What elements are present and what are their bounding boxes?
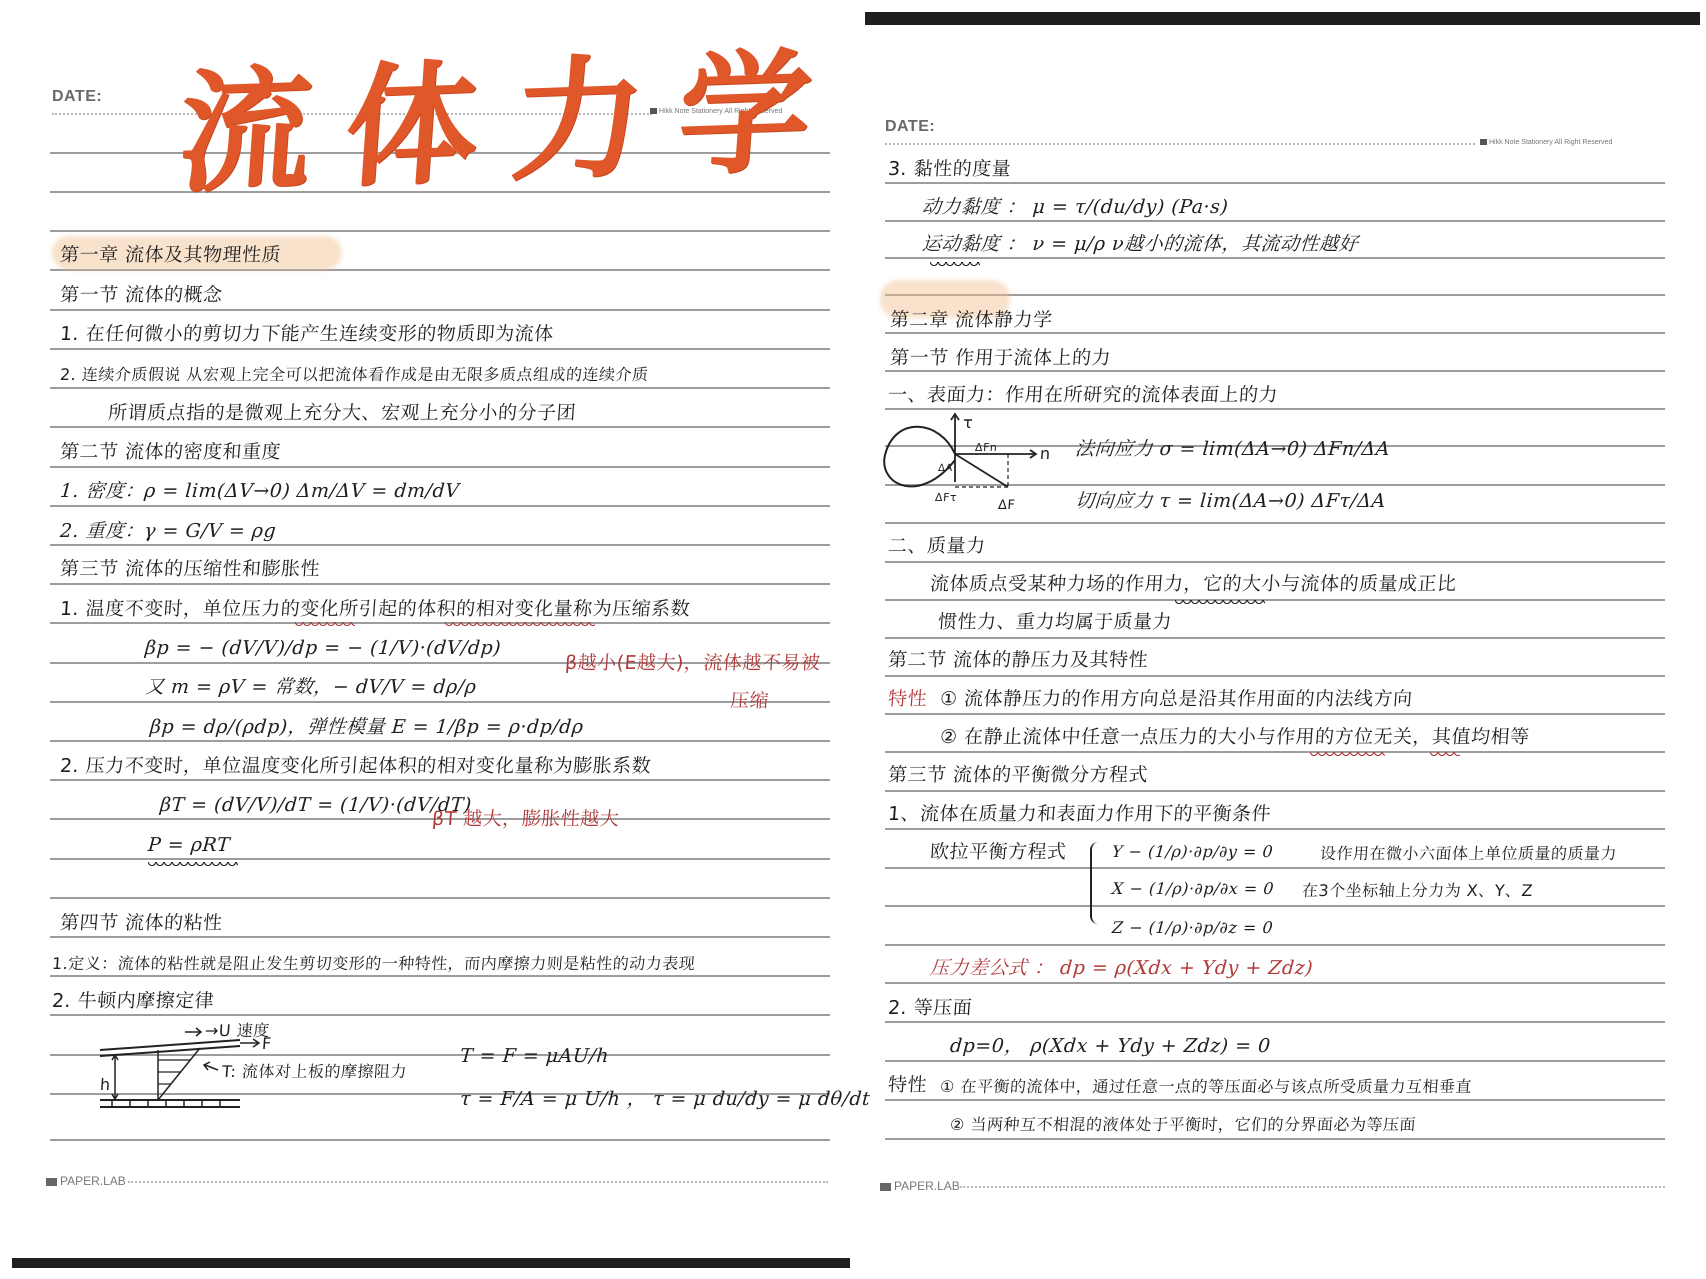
normal-stress-formula: 法向应力 σ = lim(ΔA→0) ΔFn/ΔA (1074, 438, 1391, 460)
diagram-height-label: h (99, 1074, 111, 1096)
header-dotted-line (885, 143, 1475, 145)
ruled-line (50, 505, 830, 507)
ruled-line (885, 713, 1665, 715)
ruled-line (50, 740, 830, 742)
ruled-line (885, 828, 1665, 830)
underline-wavy (930, 262, 980, 268)
equation-brace (1090, 842, 1100, 924)
friction-force-formula: T = F = μAU/h (459, 1045, 610, 1067)
ruled-line (50, 936, 830, 938)
property-label-red: 特性 (887, 688, 928, 710)
diagram-df-label: ΔF (997, 495, 1016, 517)
equipressure-surface-title: 2. 等压面 (887, 997, 973, 1019)
ruled-line (885, 561, 1665, 563)
mass-constant-formula: 又 m = ρV = 常数，− dV/V = dρ/ρ (144, 676, 477, 698)
ruled-line (885, 867, 1665, 869)
footer-dotted-line (128, 1181, 828, 1183)
footer-brand: PAPER.LAB (46, 1174, 126, 1188)
compressibility-definition: 1. 温度不变时，单位压力的变化所引起的体积的相对变化量称为压缩系数 (59, 598, 691, 620)
diagram-friction-label: T: 流体对上板的摩擦阻力 (221, 1061, 408, 1083)
ruled-line (885, 982, 1665, 984)
ruled-line (50, 426, 830, 428)
chapter-1-title: 第一章 流体及其物理性质 (59, 244, 282, 266)
date-label: DATE: (885, 118, 935, 136)
ruled-line (50, 701, 830, 703)
equipressure-property-1: ① 在平衡的流体中，通过任意一点的等压面必与该点所受质量力互相垂直 (939, 1076, 1472, 1098)
footer-brand: PAPER.LAB (880, 1179, 960, 1193)
euler-x-equation: X − (1/ρ)·∂p/∂x = 0 (1111, 878, 1275, 900)
continuum-hypothesis: 2. 连续介质假说 从宏观上完全可以把流体看作成是由无限多质点组成的连续介质 (59, 364, 649, 386)
ruled-line (885, 637, 1665, 639)
mass-force-definition: 流体质点受某种力场的作用力，它的大小与流体的质量成正比 (929, 573, 1457, 595)
equilibrium-condition-title: 1、流体在质量力和表面力作用下的平衡条件 (887, 803, 1272, 825)
static-pressure-property-2: ② 在静止流体中任意一点压力的大小与作用的方位无关，其值均相等 (939, 726, 1530, 748)
underline-wavy (1175, 600, 1265, 606)
equipressure-property-2: ② 当两种互不相混的液体处于平衡时，它们的分界面必为等压面 (949, 1114, 1416, 1136)
ruled-line (50, 779, 830, 781)
diagram-dfn-label: ΔFn (974, 437, 998, 459)
ruled-line (885, 790, 1665, 792)
section-1-title: 第一节 流体的概念 (59, 284, 223, 306)
ruled-line (50, 309, 830, 311)
ruled-line (50, 975, 830, 977)
section-3-title: 第三节 流体的压缩性和膨胀性 (59, 558, 321, 580)
section-2-title: 第二节 流体的密度和重度 (59, 441, 282, 463)
left-notebook-page: DATE: Hikk Note Stationery All Right Res… (0, 0, 850, 1279)
ruled-line (885, 944, 1665, 946)
euler-z-equation: Z − (1/ρ)·∂p/∂z = 0 (1111, 917, 1274, 939)
ruled-line (50, 858, 830, 860)
page-bottom-bar (12, 1258, 850, 1268)
euler-equation-label: 欧拉平衡方程式 (929, 841, 1067, 863)
compressibility-note: β越小(E越大)，流体越不易被 (564, 652, 821, 674)
diagram-force-label: F (261, 1033, 272, 1055)
compressibility-note-cont: 压缩 (729, 690, 770, 712)
expansion-note: βT 越大，膨胀性越大 (431, 808, 620, 830)
ruled-line (885, 332, 1665, 334)
mass-force-title: 二、质量力 (887, 535, 986, 557)
underline-wavy (445, 622, 595, 628)
diagram-dft-label: ΔFτ (934, 487, 958, 509)
ruled-line (885, 675, 1665, 677)
ruled-line (50, 897, 830, 899)
ruled-line (50, 348, 830, 350)
ruled-line (885, 1060, 1665, 1062)
diagram-tau-label: τ (962, 412, 974, 434)
underline-wavy (1310, 752, 1385, 758)
section-4-title: 第四节 流体的粘性 (59, 912, 223, 934)
viscosity-definition: 1.定义：流体的粘性就是阻止发生剪切变形的一种特性，而内摩擦力则是粘性的动力表现 (51, 953, 696, 975)
underline-wavy (1430, 752, 1460, 758)
diagram-da-label: ΔA (937, 458, 953, 480)
ruled-line (885, 257, 1665, 259)
kinematic-viscosity-formula: 运动黏度 ： ν = μ/ρ ν越小的流体，其流动性越好 (921, 233, 1359, 255)
expansion-definition: 2. 压力不变时，单位温度变化所引起体积的相对变化量称为膨胀系数 (59, 755, 652, 777)
notebook-title: 流体力学 (174, 36, 851, 209)
viscosity-measure-title: 3. 黏性的度量 (887, 158, 1012, 180)
pressure-difference-formula: 压力差公式 ： dp = ρ(Xdx + Ydy + Zdz) (929, 957, 1314, 979)
ruled-line (885, 905, 1665, 907)
underline-wavy (295, 622, 355, 628)
footer-dotted-line (960, 1186, 1665, 1188)
surface-force-diagram (880, 410, 1080, 520)
ruled-line (50, 1139, 830, 1141)
ch2-section-3-title: 第三节 流体的平衡微分方程式 (887, 764, 1149, 786)
tangent-stress-formula: 切向应力 τ = lim(ΔA→0) ΔFτ/ΔA (1074, 490, 1386, 512)
ruled-line (885, 751, 1665, 753)
ruled-line (885, 522, 1665, 524)
ruled-line (885, 220, 1665, 222)
right-notebook-page: DATE: Hikk Note Stationery All Right Res… (850, 0, 1706, 1279)
euler-note-1: 设作用在微小六面体上单位质量的质量力 (1319, 843, 1618, 865)
static-pressure-property-1: ① 流体静压力的作用方向总是沿其作用面的内法线方向 (939, 688, 1413, 710)
equipressure-property-label: 特性 (887, 1074, 928, 1096)
ruled-line (885, 1138, 1665, 1140)
ruled-line (885, 1099, 1665, 1101)
particle-definition: 所谓质点指的是微观上充分大、宏观上充分小的分子团 (107, 402, 577, 424)
ruled-line (885, 599, 1665, 601)
ruled-line (50, 387, 830, 389)
ruled-line (885, 1021, 1665, 1023)
shear-stress-formula: τ = F/A = μ U/h ， τ = μ du/dy = μ dθ/dt (459, 1088, 871, 1110)
euler-note-2: 在3个坐标轴上分力为 X、Y、Z (1301, 880, 1534, 902)
compressibility-formula: βp = − (dV/V)/dp = − (1/V)·(dV/dp) (144, 637, 502, 659)
newton-law-title: 2. 牛顿内摩擦定律 (51, 990, 215, 1012)
density-formula: 1. 密度：ρ = lim(ΔV→0) Δm/ΔV = dm/dV (59, 480, 460, 502)
brand-tag: Hikk Note Stationery All Right Reserved (1480, 139, 1612, 146)
dynamic-viscosity-formula: 动力黏度 ： μ = τ/(du/dy) (Pa·s) (921, 196, 1229, 218)
ch2-section-1-title: 第一节 作用于流体上的力 (889, 347, 1112, 369)
surface-force-title: 一、表面力：作用在所研究的流体表面上的力 (887, 384, 1279, 406)
ruled-line (50, 230, 830, 232)
ruled-line (50, 544, 830, 546)
specific-weight-formula: 2. 重度：γ = G/V = ρg (59, 520, 277, 542)
mass-force-examples: 惯性力、重力均属于质量力 (937, 611, 1173, 633)
ruled-line (885, 370, 1665, 372)
ruled-line (50, 466, 830, 468)
bulk-modulus-formula: βp = dρ/(ρdp)，弹性模量 E = 1/βp = ρ·dp/dρ (149, 716, 584, 738)
chapter-2-title: 第二章 流体静力学 (889, 309, 1053, 331)
page-top-bar (865, 12, 1700, 25)
fluid-definition: 1. 在任何微小的剪切力下能产生连续变形的物质即为流体 (59, 323, 554, 345)
date-label: DATE: (52, 88, 102, 106)
equipressure-formula: dp=0， ρ(Xdx + Ydy + Zdz) = 0 (949, 1035, 1271, 1057)
ruled-line (885, 182, 1665, 184)
ch2-section-2-title: 第二节 流体的静压力及其特性 (887, 649, 1149, 671)
euler-y-equation: Y − (1/ρ)·∂p/∂y = 0 (1111, 841, 1274, 863)
ideal-gas-formula: P = ρRT (147, 834, 231, 856)
ruled-line (50, 622, 830, 624)
diagram-velocity-label: →U 速度 (204, 1020, 270, 1042)
diagram-n-label: n (1039, 443, 1051, 465)
underline-wavy (148, 862, 238, 868)
expansion-formula: βT = (dV/V)/dT = (1/V)·(dV/dT) (159, 794, 472, 816)
ruled-line (50, 583, 830, 585)
